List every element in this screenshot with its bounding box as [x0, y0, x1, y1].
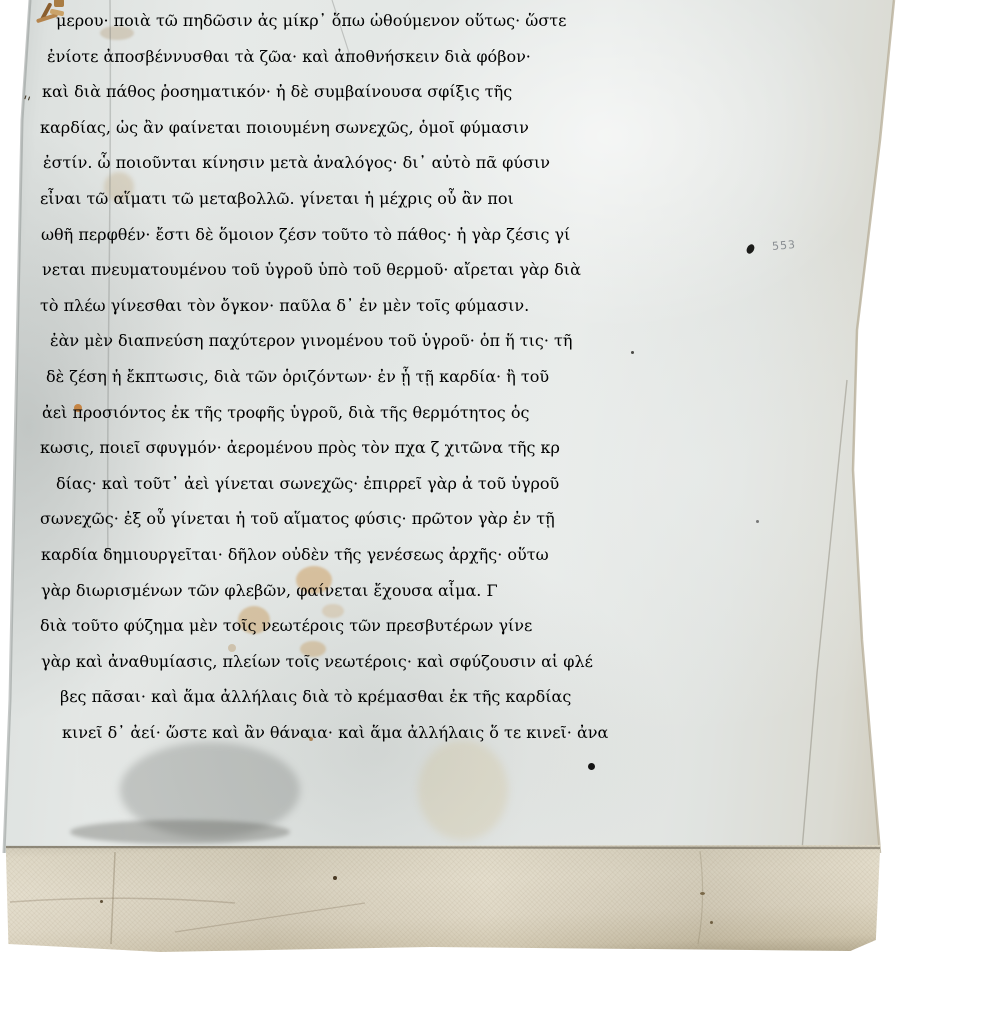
manuscript-line: καρδίας, ὡς ἂν φαίνεται ποιουμένη σωνεχῶ…	[40, 118, 529, 137]
manuscript-line: τὸ πλέω γίνεσθαι τὸν ὄγκον· παῦλα δ᾽ ἐν …	[40, 296, 529, 315]
manuscript-line: δὲ ζέση ἡ ἔκπτωσις, διὰ τῶν ὁριζόντων· ἐ…	[46, 367, 549, 386]
manuscript-line: σωνεχῶς· ἐξ οὗ γίνεται ἡ τοῦ αἵματος φύσ…	[40, 509, 555, 528]
sewing-thread	[34, 0, 74, 34]
manuscript-line: κινεῖ δ᾽ ἀεί· ὥστε καὶ ἂν θάναια· καὶ ἅμ…	[62, 723, 608, 742]
manuscript-line: ἐὰν μὲν διαπνεύση παχύτερον γινομένου το…	[50, 331, 572, 350]
bottom-fold-strip	[4, 844, 882, 960]
manuscript-line: ἀεὶ προσιόντος ἐκ τῆς τροφῆς ὑγροῦ, διὰ …	[42, 403, 529, 422]
pencil-number: 553	[771, 238, 796, 253]
manuscript-line: γὰρ καὶ ἀναθυμίασις, πλείων τοῖς νεωτέρο…	[41, 652, 593, 671]
speck	[710, 921, 713, 924]
manuscript-line: μερου· ποιὰ τῶ πηδῶσιν ἀς μίκρ᾽ ὅπω ὠθού…	[56, 11, 566, 30]
manuscript-photo: μερου· ποιὰ τῶ πηδῶσιν ἀς μίκρ᾽ ὅπω ὠθού…	[0, 0, 982, 1024]
manuscript-line: νεται πνευματουμένου τοῦ ὑγροῦ ὑπὸ τοῦ θ…	[42, 260, 581, 279]
manuscript-line: κωσις, ποιεῖ σφυγμόν· ἀερομένου πρὸς τὸν…	[40, 438, 560, 457]
manuscript-line: ἐστίν. ὧ ποιοῦνται κίνησιν μετὰ ἀναλόγος…	[43, 153, 550, 172]
manuscript-text-block: μερου· ποιὰ τῶ πηδῶσιν ἀς μίκρ᾽ ὅπω ὠθού…	[0, 0, 982, 860]
manuscript-line: καρδία δημιουργεῖται· δῆλον οὐδὲν τῆς γε…	[41, 545, 549, 564]
speck	[333, 876, 337, 880]
speck	[700, 892, 705, 895]
manuscript-line: καὶ διὰ πάθος ῥοσηματικόν· ἡ δὲ συμβαίνο…	[42, 82, 512, 101]
manuscript-line: δίας· καὶ τοῦτ᾽ ἀεὶ γίνεται σωνεχῶς· ἐπι…	[56, 474, 559, 493]
manuscript-line: ἐνίοτε ἀποσβέννυσθαι τὰ ζῶα· καὶ ἀποθνήσ…	[47, 47, 531, 66]
speck	[100, 900, 103, 903]
manuscript-line: εἶναι τῶ αἵματι τῶ μεταβολλῶ. γίνεται ἡ …	[40, 189, 514, 208]
manuscript-line: βες πᾶσαι· καὶ ἅμα ἀλλήλαις διὰ τὸ κρέμα…	[60, 687, 571, 706]
manuscript-line: διὰ τοῦτο φύζημα μὲν τοῖς νεωτέροις τῶν …	[40, 616, 532, 635]
manuscript-line: γὰρ διωρισμένων τῶν φλεβῶν, φαίνεται ἔχο…	[41, 581, 498, 600]
manuscript-line: ωθῆ περφθέν· ἔστι δὲ ὅμοιον ζέσν τοῦτο τ…	[41, 225, 570, 244]
